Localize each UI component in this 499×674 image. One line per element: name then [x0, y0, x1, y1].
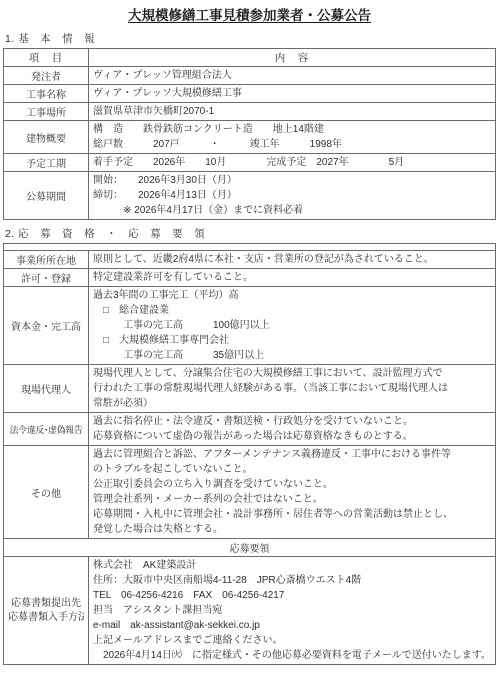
row-office-location: 事業所所在地 原則として、近畿2府4県に本社・支店・営業所の登記が為されているこ… [4, 251, 496, 269]
row-value-line: 公正取引委員会の立ち入り調査を受けていないこと。 [93, 477, 491, 492]
row-value-line: 行われた工事の常駐現場代理人経験がある事。（当該工事において現場代理人は [93, 381, 491, 396]
row-value-line: 着手予定 2026年 10月 完成予定 2027年 5月 [93, 155, 491, 170]
contact-tel-fax: TEL 06-4256-4216 FAX 06-4256-4217 [93, 588, 491, 603]
row-value-line: □ 大規模修繕工事専門会社 [93, 333, 491, 348]
row-value-line: 過去3年間の工事完工（平均）高 [93, 288, 491, 303]
application-requirements-table: 事業所所在地 原則として、近畿2府4県に本社・支店・営業所の登記が為されているこ… [3, 243, 496, 665]
row-value-line: 工事の完工高 100億円以上 [93, 318, 491, 333]
row-value-line: 発覚した場合は失格とする。 [93, 522, 491, 537]
row-label: 法令違反･虚偽報告 [4, 413, 89, 446]
document-page: 大規模修繕工事見積参加業者・公募公告 1. 基 本 情 報 項 目 内 容 発注… [0, 0, 499, 674]
row-label: 発注者 [4, 67, 89, 85]
row-building-overview: 建物概要 構 造 鉄骨鉄筋コンクリート造 地上14階建 総戸数 207戸 ・ 竣… [4, 121, 496, 154]
row-value-line: 特定建設業許可を有していること。 [93, 270, 491, 285]
row-site-agent: 現場代理人 現場代理人として、分譲集合住宅の大規模修繕工事において、設計監理方式… [4, 365, 496, 413]
row-label: 事業所所在地 [4, 251, 89, 269]
document-title-text: 大規模修繕工事見積参加業者・公募公告 [128, 8, 371, 23]
spacer-cell [4, 244, 496, 251]
row-submission-contact: 応募書類提出先 応募書類入手方法 株式会社 AK建築設計 住所：大阪市中央区南船… [4, 557, 496, 665]
row-value-line: ヴィア・プレッソ管理組合法人 [93, 68, 491, 83]
table-header-row: 項 目 内 容 [4, 49, 496, 67]
row-application-guidelines-header: 応募要領 [4, 539, 496, 557]
row-value-line: 締切： 2026年4月13日（月） [93, 188, 491, 203]
row-value-line: 滋賀県草津市矢橋町2070-1 [93, 104, 491, 119]
row-value-line: のトラブルを起こしていないこと。 [93, 462, 491, 477]
row-label: その他 [4, 446, 89, 539]
row-legal-violation-false-report: 法令違反･虚偽報告 過去に指名停止・法令違反・書類送検・行政処分を受けていないこ… [4, 413, 496, 446]
row-capital-completed-work: 資本金・完工高 過去3年間の工事完工（平均）高 □ 総合建設業 工事の完工高 1… [4, 287, 496, 365]
row-value-line: 過去に管理組合と訴訟、アフターメンテナンス義務違反・工事中における事件等 [93, 447, 491, 462]
row-project-location: 工事場所 滋賀県草津市矢橋町2070-1 [4, 103, 496, 121]
row-orderer: 発注者 ヴィア・プレッソ管理組合法人 [4, 67, 496, 85]
row-value-line: 構 造 鉄骨鉄筋コンクリート造 地上14階建 [93, 122, 491, 137]
row-other-conditions: その他 過去に管理組合と訴訟、アフターメンテナンス義務違反・工事中における事件等… [4, 446, 496, 539]
row-value-line: ヴィア・プレッソ大規模修繕工事 [93, 86, 491, 101]
empty-spacer-row [4, 244, 496, 251]
contact-note: 上記メールアドレスまでご連絡ください。 [93, 633, 491, 648]
section1-heading: 1. 基 本 情 報 [5, 31, 496, 46]
row-label: 許可・登録 [4, 269, 89, 287]
row-label-line: 応募書類提出先 [8, 597, 84, 611]
row-value-line: 応募期間・入札中に管理会社・設計事務所・居住者等への営業活動は禁止とし、 [93, 507, 491, 522]
row-value-line: 原則として、近畿2府4県に本社・支店・営業所の登記が為されていること。 [93, 252, 491, 267]
row-value-line: 管理会社系列・メーカー系列の会社ではないこと。 [93, 492, 491, 507]
column-header-content: 内 容 [89, 49, 496, 67]
contact-send-date-note: 2026年4月14日㈫ に指定様式・その他応募必要資料を電子メールで送付いたしま… [93, 648, 491, 663]
contact-person: 担当 アシスタント課担当宛 [93, 603, 491, 618]
row-label: 予定工期 [4, 154, 89, 172]
row-value-line: 応募資格について虚偽の報告があった場合は応募資格なきものとする。 [93, 429, 491, 444]
row-value-line: 常駐が必須） [93, 396, 491, 411]
contact-company: 株式会社 AK建築設計 [93, 558, 491, 573]
row-label: 現場代理人 [4, 365, 89, 413]
row-value-line: ※ 2026年4月17日（金）までに資料必着 [93, 203, 491, 218]
row-public-offering-period: 公募期間 開始： 2026年3月30日（月） 締切： 2026年4月13日（月）… [4, 172, 496, 220]
document-title: 大規模修繕工事見積参加業者・公募公告 [3, 4, 496, 24]
row-value-line: □ 総合建設業 [93, 303, 491, 318]
section2-heading: 2. 応 募 資 格 ・ 応 募 要 領 [5, 226, 496, 241]
row-label: 工事名称 [4, 85, 89, 103]
row-value-line: 総戸数 207戸 ・ 竣工年 1998年 [93, 137, 491, 152]
row-label: 工事場所 [4, 103, 89, 121]
contact-email: e-mail ak-assistant@ak-sekkei.co.jp [93, 618, 491, 633]
application-guidelines-subheader: 応募要領 [4, 539, 496, 557]
row-value-line: 工事の完工高 35億円以上 [93, 348, 491, 363]
row-value-line: 過去に指名停止・法令違反・書類送検・行政処分を受けていないこと。 [93, 414, 491, 429]
row-label-line: 応募書類入手方法 [8, 611, 84, 625]
row-label: 公募期間 [4, 172, 89, 220]
row-value-line: 開始： 2026年3月30日（月） [93, 173, 491, 188]
row-project-name: 工事名称 ヴィア・プレッソ大規模修繕工事 [4, 85, 496, 103]
contact-address: 住所：大阪市中央区南船場4-11-28 JPR心斎橋ウエスト4階 [93, 573, 491, 588]
basic-info-table: 項 目 内 容 発注者 ヴィア・プレッソ管理組合法人 工事名称 ヴィア・プレッソ… [3, 48, 496, 220]
row-label: 資本金・完工高 [4, 287, 89, 365]
row-label: 建物概要 [4, 121, 89, 154]
column-header-item: 項 目 [4, 49, 89, 67]
row-value-line: 現場代理人として、分譲集合住宅の大規模修繕工事において、設計監理方式で [93, 366, 491, 381]
row-planned-construction-period: 予定工期 着手予定 2026年 10月 完成予定 2027年 5月 [4, 154, 496, 172]
row-license-registration: 許可・登録 特定建設業許可を有していること。 [4, 269, 496, 287]
